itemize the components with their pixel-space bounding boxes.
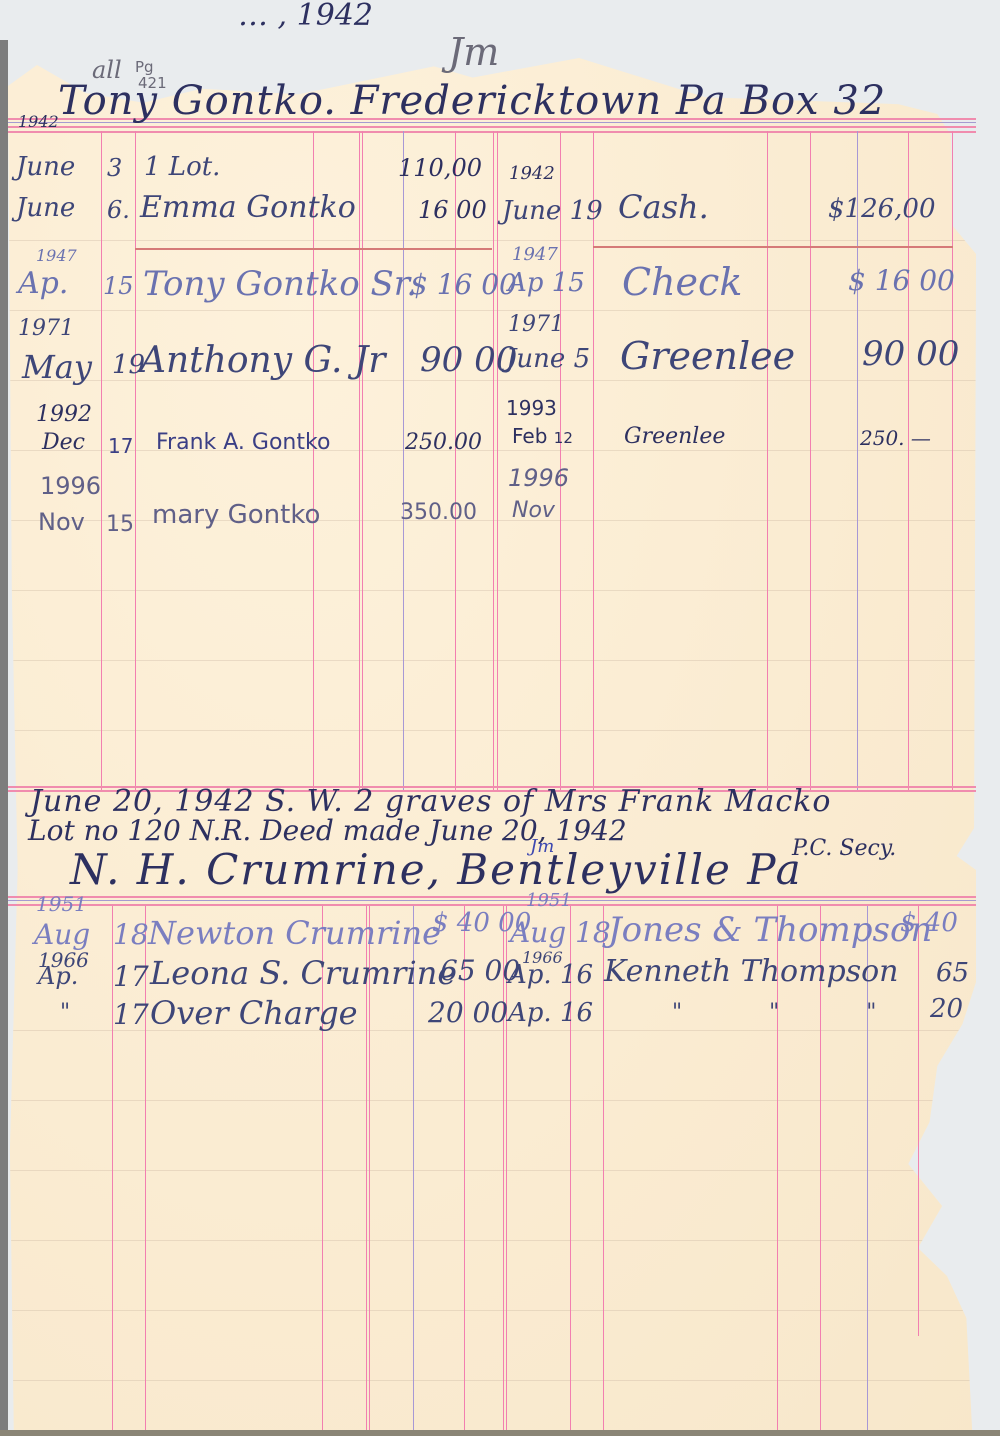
- debit-year: 1951: [36, 892, 87, 916]
- debit-amount: 350.00: [400, 500, 477, 525]
- credit-day: 5: [574, 344, 591, 374]
- account-2-header: N. H. Crumrine, Bentleyville Pa: [70, 845, 803, 894]
- header2-rule-top: [8, 896, 976, 898]
- credit-year: 1942: [509, 163, 555, 184]
- col-line-day: [135, 131, 136, 790]
- faint-rule: [8, 590, 976, 591]
- credit-description: Greenlee: [624, 424, 725, 449]
- debit-description: 1 Lot.: [144, 152, 220, 182]
- credit-day: 16: [560, 960, 593, 990]
- faint-rule: [8, 1100, 976, 1101]
- debit-description: mary Gontko: [152, 500, 320, 530]
- credit-day: 12: [554, 429, 573, 447]
- credit-date: Feb 12: [512, 424, 573, 448]
- credit-month: Nov: [512, 498, 555, 523]
- credit-month: Ap.: [508, 960, 552, 990]
- faint-rule: [8, 1240, 976, 1241]
- debit-day: 17: [113, 960, 149, 993]
- debit-year: 1992: [36, 402, 92, 427]
- debit-description: Anthony G. Jr: [140, 340, 385, 381]
- debit-amount: 20 00: [428, 996, 508, 1029]
- col-line-right: [952, 131, 953, 790]
- col-line-desc: [313, 131, 314, 790]
- col-line-date: [101, 131, 102, 790]
- faint-rule: [8, 660, 976, 661]
- debit-day: 3: [107, 154, 122, 182]
- header-rule-lower: [8, 131, 976, 133]
- debit-amount: 110,00: [398, 154, 482, 182]
- credit-month: June: [502, 196, 561, 226]
- credit-amount: $ 40: [900, 908, 958, 938]
- debit-description: Frank A. Gontko: [156, 430, 330, 455]
- credit-month: Aug: [510, 916, 566, 949]
- credit-day: 16: [560, 998, 593, 1028]
- col-line-cr-dollars: [857, 131, 858, 790]
- credit-description: Greenlee: [620, 334, 795, 378]
- col-line-center: [493, 131, 494, 790]
- credit-date: June 19: [502, 196, 603, 226]
- credit-amount: 90 00: [862, 334, 959, 374]
- account-1-header: Tony Gontko. Fredericktown Pa Box 32: [58, 78, 886, 124]
- credit-date: June 5: [506, 344, 590, 374]
- credit-description: Cash.: [618, 188, 709, 226]
- credit-description: Jones & Thompson: [608, 910, 932, 950]
- debit-day: 15: [103, 272, 134, 300]
- credit-year: 1993: [506, 396, 557, 420]
- debit-month: May: [22, 348, 92, 386]
- note-signature: P.C. Secy.: [792, 836, 896, 861]
- debit-description: Over Charge: [150, 994, 358, 1032]
- col-line-center-double: [497, 131, 498, 790]
- faint-rule: [8, 310, 976, 311]
- credit-description: " " ": [672, 1000, 876, 1025]
- header2-rule-mid: [8, 900, 976, 901]
- credit-amount: $126,00: [828, 194, 936, 224]
- col-line-cr-cents: [908, 131, 909, 790]
- debit-month: Aug: [34, 918, 90, 951]
- col-line-cr-ref: [767, 131, 768, 790]
- debit-year: 1947: [36, 246, 77, 265]
- credit-amount: 250. —: [860, 426, 931, 450]
- credit-day: 19: [570, 196, 603, 226]
- debit-day: 6.: [107, 196, 130, 224]
- debit-amount: 90 00: [420, 340, 517, 380]
- credit-total-rule: [593, 246, 953, 248]
- debit-total-rule: [135, 248, 492, 250]
- credit-description: Kenneth Thompson: [604, 954, 899, 989]
- header-rule-bottom: [8, 126, 976, 128]
- debit-amount: 16 00: [418, 196, 487, 224]
- debit-year: 1996: [40, 472, 101, 500]
- col-line-cents: [455, 131, 456, 790]
- credit-date: Ap. 16: [508, 960, 593, 990]
- faint-rule: [8, 730, 976, 731]
- scan-left-edge: [0, 40, 8, 1436]
- credit-month: Ap: [508, 268, 543, 298]
- col2-line-cr-cents: [918, 906, 919, 1336]
- debit-description: Leona S. Crumrine: [150, 954, 456, 992]
- debit-day: 15: [106, 512, 134, 537]
- debit-month: ": [60, 1000, 70, 1025]
- debit-day: 17: [108, 434, 133, 458]
- ledger-page: [8, 30, 976, 1430]
- credit-year: 1947: [512, 244, 558, 265]
- credit-amount: 65: [936, 958, 969, 988]
- account-1-year: 1942: [18, 112, 59, 131]
- col-line-ref: [359, 131, 360, 790]
- debit-month: June: [16, 152, 75, 182]
- debit-amount: 250.00: [405, 430, 482, 455]
- debit-year: 1971: [18, 316, 74, 341]
- account-2-initials: Jm: [530, 836, 554, 857]
- credit-month: Ap.: [508, 998, 552, 1028]
- credit-month: Feb: [512, 424, 547, 448]
- credit-day: 15: [552, 268, 585, 298]
- debit-month: Ap.: [18, 266, 68, 301]
- faint-rule: [8, 450, 976, 451]
- col-line-cr-day: [560, 131, 561, 790]
- credit-day: 18: [575, 916, 611, 949]
- faint-rule: [8, 1170, 976, 1171]
- faint-rule: [8, 1380, 976, 1381]
- debit-day: 18: [113, 918, 149, 951]
- debit-description: Newton Crumrine: [148, 914, 441, 952]
- col-line-dollars: [403, 131, 404, 790]
- top-initials: Jm: [448, 30, 499, 74]
- debit-amount: $ 16 00: [410, 268, 517, 301]
- col-line-cr-desc: [593, 131, 594, 790]
- debit-day: 17: [113, 998, 149, 1031]
- debit-month: Dec: [42, 430, 85, 455]
- credit-amount: $ 16 00: [848, 264, 955, 297]
- debit-month: Ap.: [38, 962, 78, 990]
- credit-amount: 20: [930, 994, 963, 1024]
- col-line-cr-ref-double: [810, 131, 811, 790]
- credit-date: Ap 15: [508, 268, 585, 298]
- col-line-ref-double: [362, 131, 363, 790]
- faint-rule: [8, 240, 976, 241]
- header2-rule-bottom: [8, 904, 976, 906]
- credit-year: 1951: [526, 890, 572, 911]
- faint-rule: [8, 1310, 976, 1311]
- debit-description: Emma Gontko: [140, 190, 356, 225]
- credit-month: June: [506, 344, 565, 374]
- debit-description: Tony Gontko Sr.: [143, 264, 417, 304]
- credit-year: 1971: [508, 312, 564, 337]
- debit-month: Nov: [38, 508, 85, 536]
- credit-date: Ap. 16: [508, 998, 593, 1028]
- credit-date: Aug 18: [510, 916, 611, 949]
- credit-year: 1996: [508, 464, 569, 492]
- credit-description: Check: [622, 260, 742, 304]
- debit-month: June: [16, 193, 75, 223]
- torn-top-text: … , 1942: [238, 0, 373, 33]
- scan-bottom-edge: [0, 1430, 1000, 1436]
